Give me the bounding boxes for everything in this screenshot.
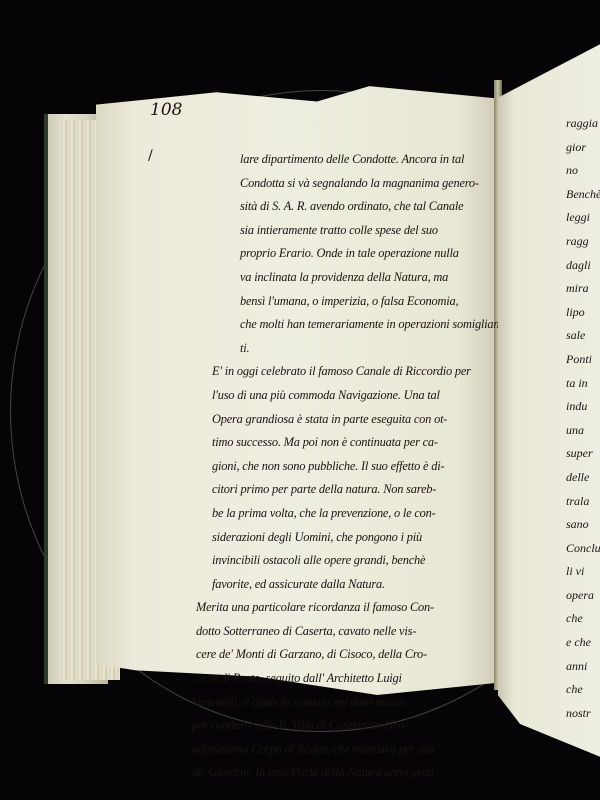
manuscript-line: invincibili ostacoli alle opere grandi, … bbox=[168, 549, 498, 573]
manuscript-line: ti. bbox=[168, 337, 498, 361]
manuscript-line-fragment: super bbox=[566, 442, 600, 466]
manuscript-line-fragment: delle bbox=[566, 466, 600, 490]
manuscript-line-fragment: ta in bbox=[566, 372, 600, 396]
manuscript-line: bensì l'umana, o imperizia, o falsa Econ… bbox=[168, 290, 498, 314]
manuscript-line: l'uso di una più commoda Navigazione. Un… bbox=[168, 384, 498, 408]
manuscript-line: lare dipartimento delle Condotte. Ancora… bbox=[168, 148, 498, 172]
margin-mark: / bbox=[148, 148, 153, 164]
manuscript-line-fragment: sano bbox=[566, 513, 600, 537]
manuscript-line: che molti han temerariamente in operazio… bbox=[168, 313, 498, 337]
manuscript-line-fragment: opera bbox=[566, 584, 600, 608]
manuscript-line: cere de' Monti di Garzano, di Cisoco, de… bbox=[168, 643, 498, 667]
manuscript-line: be la prima volta, che la prevenzione, o… bbox=[168, 502, 498, 526]
manuscript-line-fragment: anni bbox=[566, 655, 600, 679]
manuscript-line-fragment: Benchè bbox=[566, 183, 600, 207]
manuscript-line: de' Giardini. In esso Parte della Natura… bbox=[168, 761, 498, 785]
manuscript-line: per condurre alla R. Villa di Caserta un… bbox=[168, 714, 498, 738]
manuscript-line-fragment: li vi bbox=[566, 560, 600, 584]
manuscript-line-fragment: leggi bbox=[566, 206, 600, 230]
manuscript-line: Merita una particolare ricordanza il fam… bbox=[168, 596, 498, 620]
manuscript-line-fragment: dagli bbox=[566, 254, 600, 278]
manuscript-line-fragment: Conclu bbox=[566, 537, 600, 561]
manuscript-line-fragment: gior bbox=[566, 136, 600, 160]
manuscript-line: dotto Sotterraneo di Caserta, cavato nel… bbox=[168, 620, 498, 644]
manuscript-line-fragment: Ponti bbox=[566, 348, 600, 372]
folio-number: 108 bbox=[150, 100, 182, 120]
manuscript-line-fragment: indu bbox=[566, 395, 600, 419]
manuscript-line: citori primo per parte della natura. Non… bbox=[168, 478, 498, 502]
manuscript-line: ndiosissimo Corpo di Acqua, che mancava … bbox=[168, 738, 498, 762]
manuscript-line-fragment: mira bbox=[566, 277, 600, 301]
manuscript-line-fragment: e che bbox=[566, 631, 600, 655]
manuscript-line: sia intieramente tratto colle spese del … bbox=[168, 219, 498, 243]
manuscript-line: timo successo. Ma poi non è continuata p… bbox=[168, 431, 498, 455]
manuscript-line-fragment: no bbox=[566, 159, 600, 183]
manuscript-line-fragment: ragg bbox=[566, 230, 600, 254]
manuscript-line-fragment: una bbox=[566, 419, 600, 443]
manuscript-line-fragment: trala bbox=[566, 490, 600, 514]
manuscript-line: siderazioni degli Uomini, che pongono i … bbox=[168, 526, 498, 550]
manuscript-line: ce, e di Prato, seguito dall' Architetto… bbox=[168, 667, 498, 691]
manuscript-line: proprio Erario. Onde in tale operazione … bbox=[168, 242, 498, 266]
manuscript-line: Vanvitelli, il quale fu scavato nel duro… bbox=[168, 691, 498, 715]
manuscript-line: Condotta si và segnalando la magnanima g… bbox=[168, 172, 498, 196]
manuscript-line-fragment: nostr bbox=[566, 702, 600, 726]
manuscript-line-fragment: raggia bbox=[566, 112, 600, 136]
manuscript-line: favorite, ed assicurate dalla Natura. bbox=[168, 573, 498, 597]
manuscript-photo: 108 / lare dipartimento delle Condotte. … bbox=[0, 0, 600, 800]
manuscript-line-fragment: che bbox=[566, 678, 600, 702]
manuscript-line: gioni, che non sono pubbliche. Il suo ef… bbox=[168, 455, 498, 479]
left-page-text: lare dipartimento delle Condotte. Ancora… bbox=[168, 148, 498, 785]
manuscript-line-fragment: lipo bbox=[566, 301, 600, 325]
manuscript-line: va inclinata la providenza della Natura,… bbox=[168, 266, 498, 290]
right-page-text: raggiagiornoBenchèleggiraggdaglimiralipo… bbox=[566, 112, 600, 725]
manuscript-line: sità di S. A. R. avendo ordinato, che ta… bbox=[168, 195, 498, 219]
manuscript-line: E' in oggi celebrato il famoso Canale di… bbox=[168, 360, 498, 384]
manuscript-line-fragment: sale bbox=[566, 324, 600, 348]
manuscript-line-fragment: che bbox=[566, 607, 600, 631]
manuscript-line: Opera grandiosa è stata in parte eseguit… bbox=[168, 408, 498, 432]
